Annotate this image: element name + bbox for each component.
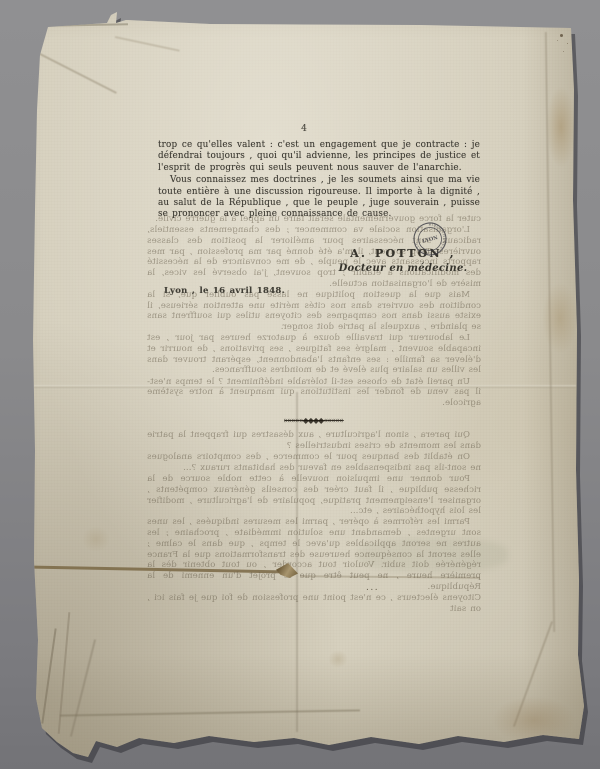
specks-top-right xyxy=(560,34,563,37)
showthrough-paragraph: Citoyens électeurs , ce n'est point une … xyxy=(147,593,481,614)
scanned-document-photo: { "document": { "page_number": "4", "par… xyxy=(0,0,600,769)
verso-showthrough-text: cuter la force gouvernementale serait fa… xyxy=(147,214,481,615)
showthrough-paragraph: Pour donner une impulsion nouvelle à cet… xyxy=(147,474,481,517)
tear-notch-shadow xyxy=(48,23,128,26)
trailing-dots: ... xyxy=(366,583,379,593)
dateline: Lyon , le 16 avril 1848. xyxy=(164,286,285,296)
author-title: Docteur en médecine. xyxy=(330,263,476,274)
showthrough-paragraph: Qui parera , sinon l'agriculture , aux d… xyxy=(147,430,481,451)
author-name: A. POTTON , xyxy=(330,247,476,260)
showthrough-paragraph: Parmi les réformes à opérer , parmi les … xyxy=(147,517,481,592)
bottom-pleat-3 xyxy=(70,639,96,737)
showthrough-paragraph: Un pareil état de choses est-il tolérabl… xyxy=(147,377,481,409)
paragraph: trop ce qu'elles valent : c'est un engag… xyxy=(158,140,480,174)
bottom-pleat-1 xyxy=(41,628,56,723)
showthrough-paragraph: Mais que la question politique ne lasse … xyxy=(147,290,481,333)
signature-block: A. POTTON , Docteur en médecine. xyxy=(330,247,476,274)
printer-ornament: »»»»»◆◆◆◆««««« xyxy=(147,416,481,427)
page-number: 4 xyxy=(294,124,314,134)
stamp-center-text: LYON xyxy=(422,235,439,245)
bottom-crease xyxy=(60,709,360,716)
stain-right-edge-mid xyxy=(542,282,578,354)
stain-center-low xyxy=(328,650,348,668)
body-text: trop ce qu'elles valent : c'est un engag… xyxy=(158,140,480,221)
paragraph: Vous connaissez mes doctrines , je les s… xyxy=(158,175,480,221)
showthrough-paragraph: Le laboureur qui travaille douze à quato… xyxy=(147,333,481,376)
corner-crease-topleft xyxy=(38,52,117,94)
showthrough-paragraph: On établit des banques pour le commerce … xyxy=(147,452,481,473)
stain-right-edge-upper xyxy=(546,86,576,168)
stain-left-mid xyxy=(82,526,110,552)
paper-sheet: cuter la force gouvernementale serait fa… xyxy=(0,0,600,769)
corner-crease-topleft-2 xyxy=(115,36,180,52)
